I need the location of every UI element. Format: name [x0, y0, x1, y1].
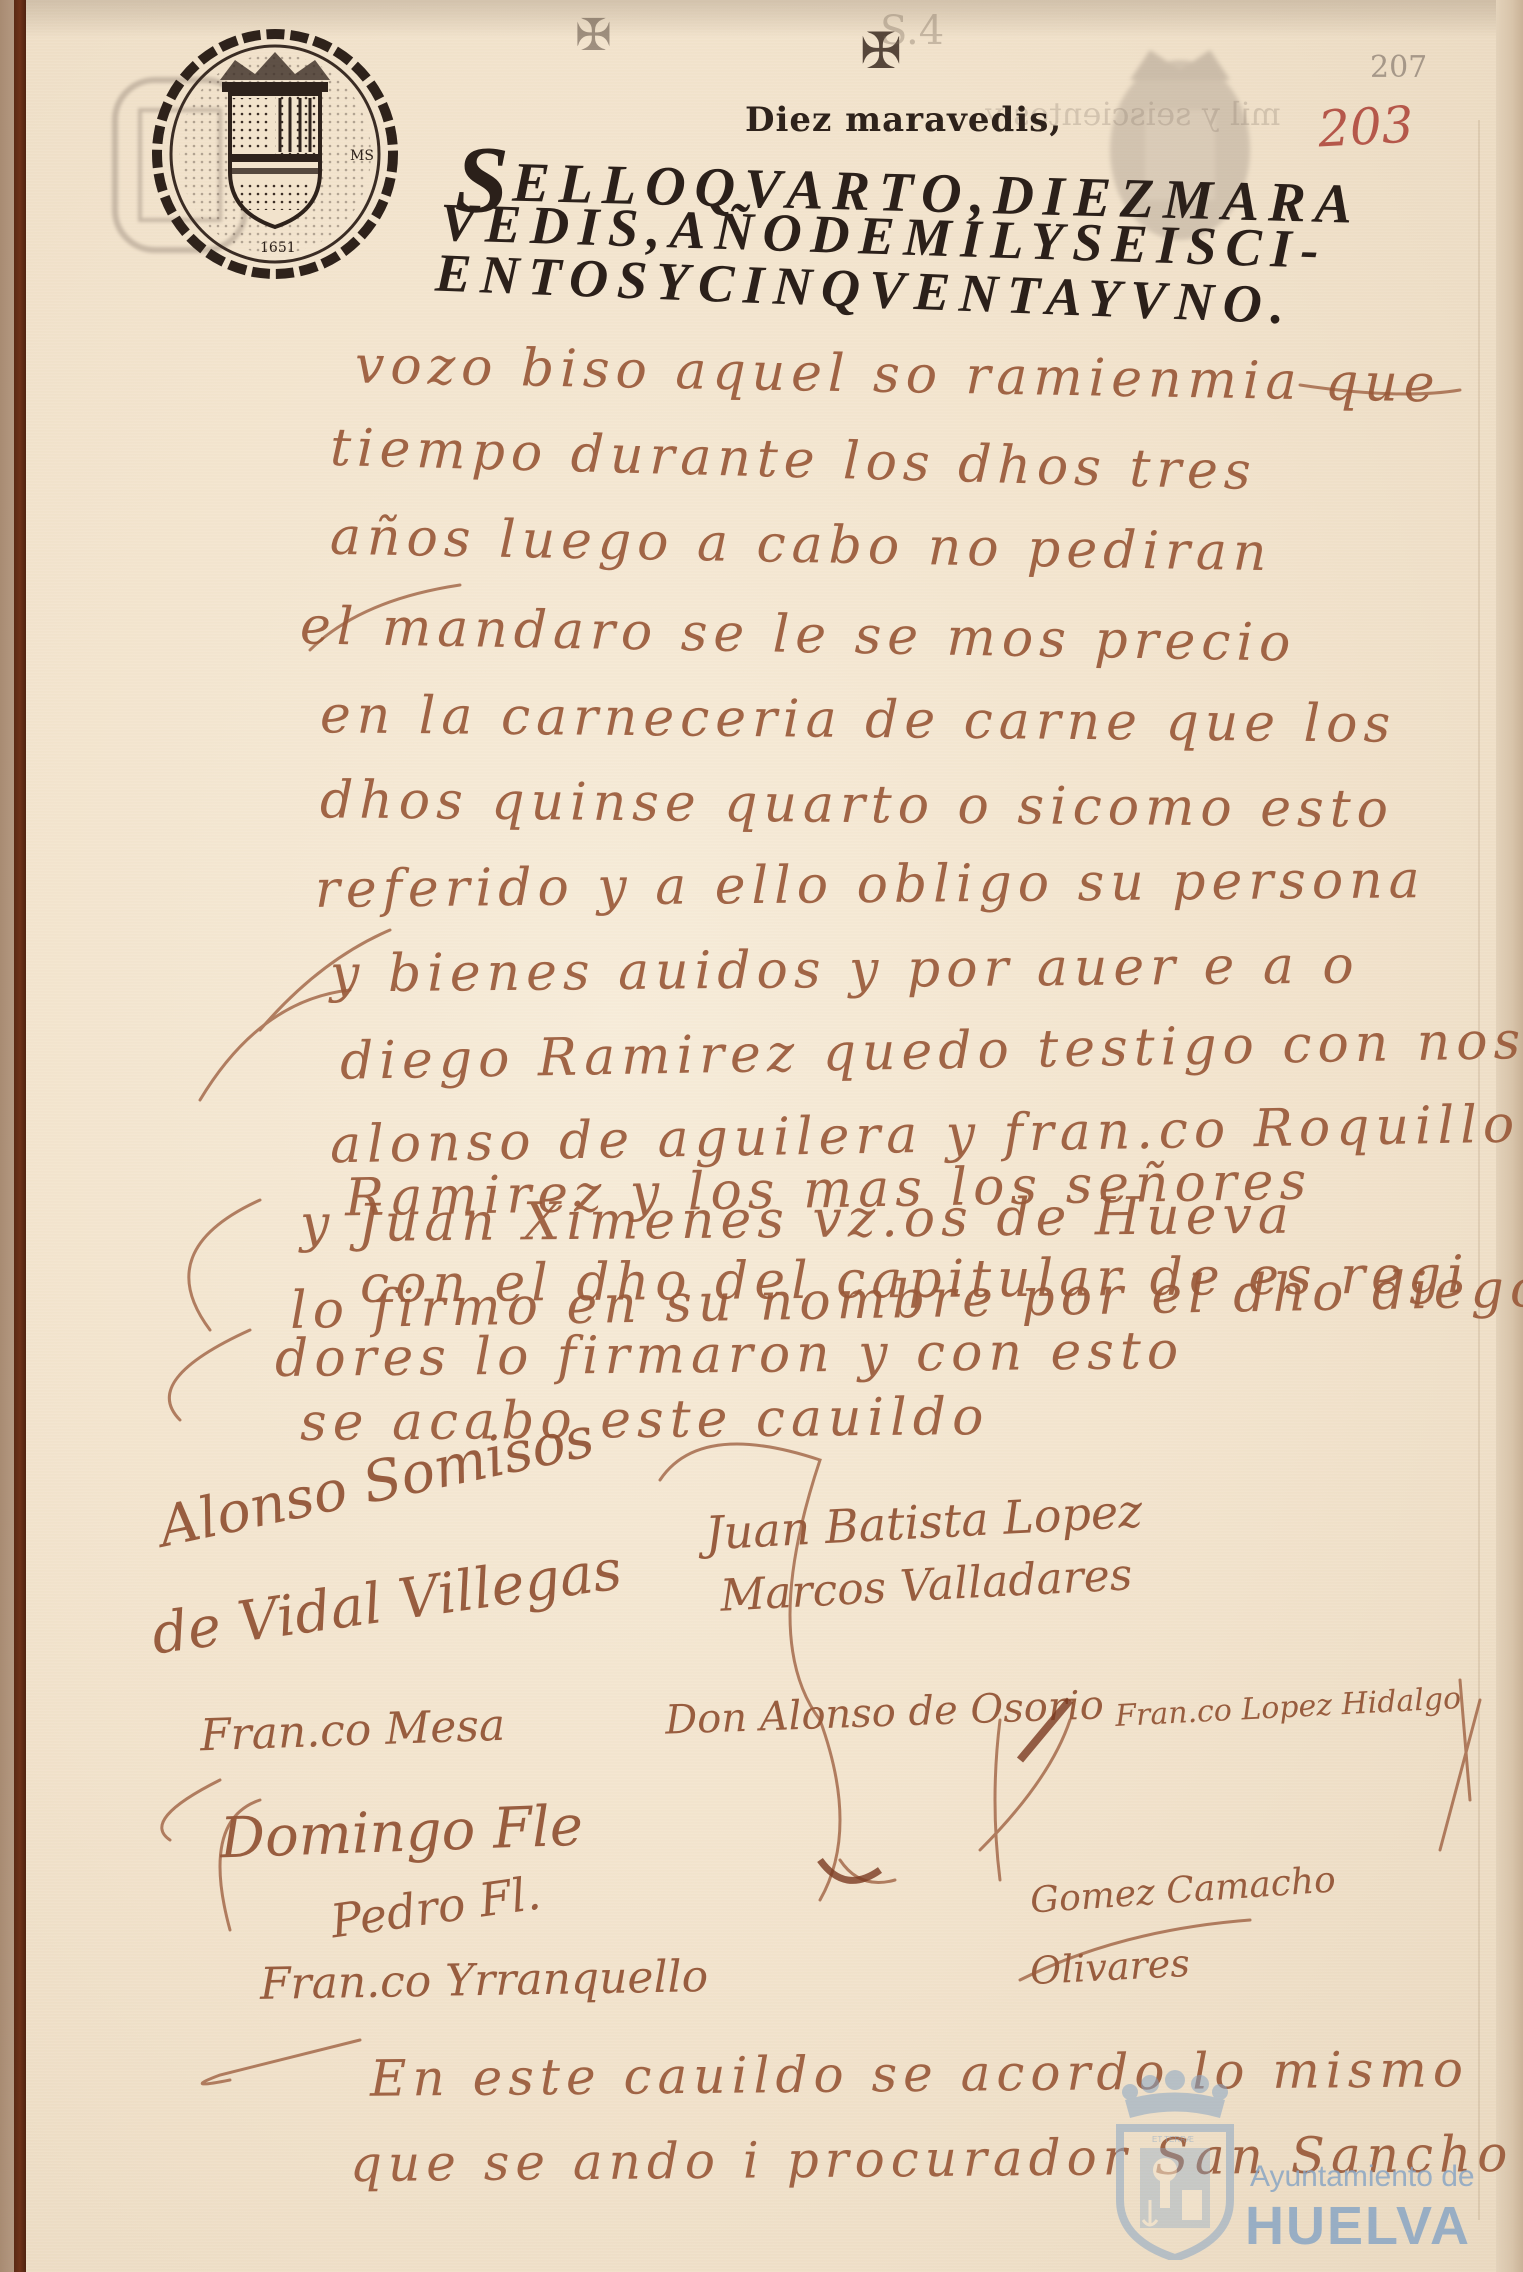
watermark-line-1: Ayuntamiento de	[1250, 2160, 1475, 2194]
royal-seal-icon: MS 1651	[150, 22, 400, 280]
cross-mark-icon: ✠	[575, 10, 612, 61]
signature: Domingo Fle	[219, 1794, 584, 1872]
huelva-coat-of-arms-icon: ET TERRÆ	[1110, 2070, 1240, 2260]
watermark-line-2: HUELVA	[1245, 2195, 1471, 2257]
signature: Fran.co Yrranquello	[260, 1951, 709, 2010]
ghost-folio-number: S.4	[880, 8, 944, 54]
body-line: y bienes auidos y por auer e a o	[330, 936, 1360, 1005]
body-line: con el dho del capitular de es regi	[360, 1245, 1470, 1315]
book-spine	[14, 0, 26, 2272]
body-line: dhos quinse quarto o sicomo esto	[320, 770, 1394, 839]
body-line: referido y a ello obligo su persona	[315, 850, 1426, 920]
signature: Fran.co Mesa	[199, 1700, 506, 1762]
page-fold-line	[1478, 120, 1480, 2220]
signature: Olivares	[1029, 1941, 1191, 1993]
svg-text:MS: MS	[350, 148, 374, 164]
closing-line: En este cauildo se acordo lo mismo	[370, 2040, 1469, 2108]
svg-text:ET TERRÆ: ET TERRÆ	[1152, 2135, 1194, 2144]
svg-text:1651: 1651	[260, 240, 296, 256]
folio-pencil-number: 207	[1370, 50, 1427, 85]
body-line: dores lo firmaron y con esto	[275, 1321, 1185, 1389]
body-line: en la carneceria de carne que los	[320, 685, 1397, 754]
